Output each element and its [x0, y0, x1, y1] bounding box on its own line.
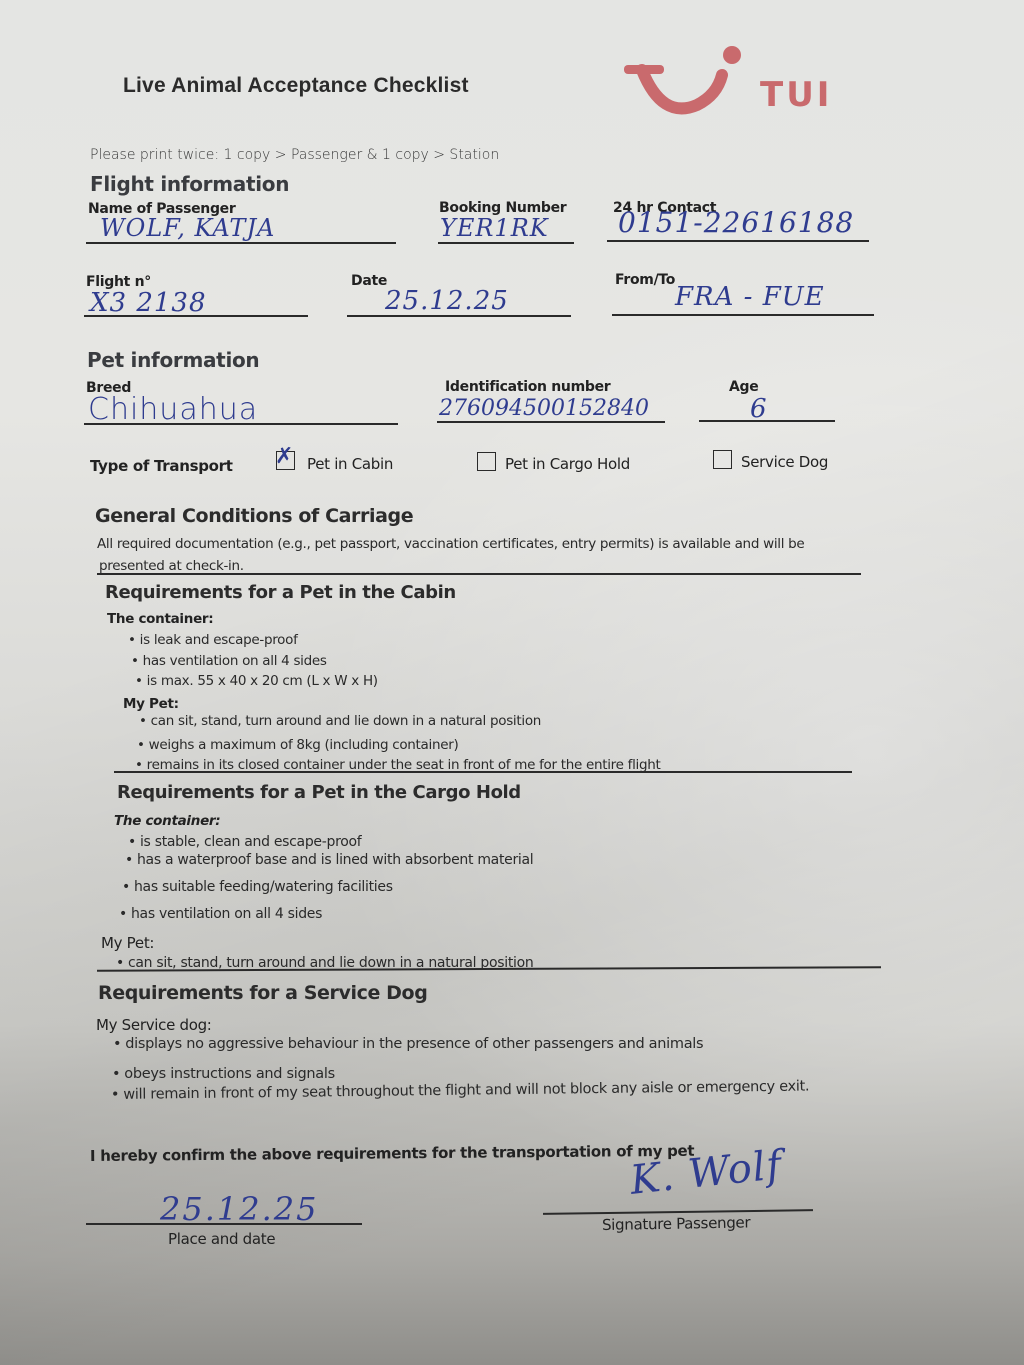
- cargo-container-item: is stable, clean and escape-proof: [128, 834, 361, 850]
- tui-logo: TUI: [622, 45, 862, 125]
- cabin-pet-item: can sit, stand, turn around and lie down…: [139, 713, 541, 729]
- pet-information-heading: Pet information: [87, 348, 259, 372]
- cabin-section-line: [114, 771, 852, 773]
- signature-label: Signature Passenger: [602, 1213, 751, 1234]
- cabin-requirements-heading: Requirements for a Pet in the Cabin: [105, 582, 456, 603]
- pet-in-cargo-checkbox[interactable]: [477, 452, 496, 471]
- cabin-container-item: is max. 55 x 40 x 20 cm (L x W x H): [135, 673, 378, 689]
- from-to-label: From/To: [615, 272, 675, 288]
- identification-number-value[interactable]: 276094500152840: [439, 396, 649, 421]
- age-line: [699, 420, 835, 422]
- flight-number-line: [84, 315, 308, 317]
- cargo-pet-label: My Pet:: [101, 934, 154, 952]
- flight-information-heading: Flight information: [90, 172, 289, 196]
- contact-line: [607, 240, 869, 242]
- service-dog-item: will remain in front of my seat througho…: [111, 1078, 809, 1103]
- identification-number-line: [437, 421, 665, 423]
- cabin-pet-label: My Pet:: [123, 696, 179, 712]
- service-dog-requirements-heading: Requirements for a Service Dog: [98, 982, 427, 1004]
- check-mark-icon: ✗: [275, 444, 293, 469]
- place-date-label: Place and date: [168, 1230, 275, 1248]
- cargo-requirements-heading: Requirements for a Pet in the Cargo Hold: [117, 782, 521, 803]
- service-dog-sub-label: My Service dog:: [96, 1016, 212, 1034]
- general-conditions-text-1: All required documentation (e.g., pet pa…: [97, 536, 804, 552]
- service-dog-item: obeys instructions and signals: [112, 1066, 335, 1082]
- pet-in-cabin-checkbox[interactable]: ✗: [276, 451, 295, 470]
- document-title: Live Animal Acceptance Checklist: [123, 74, 469, 98]
- from-to-line: [612, 314, 874, 316]
- breed-line: [84, 423, 398, 425]
- passenger-name-line: [86, 242, 396, 244]
- service-dog-label: Service Dog: [741, 453, 828, 471]
- date-value[interactable]: 25.12.25: [385, 286, 509, 316]
- date-line: [347, 315, 571, 317]
- transport-type-label: Type of Transport: [90, 457, 233, 475]
- general-conditions-heading: General Conditions of Carriage: [95, 505, 413, 527]
- cabin-container-label: The container:: [107, 611, 213, 627]
- confirmation-text: I hereby confirm the above requirements …: [90, 1142, 694, 1165]
- place-date-line: [86, 1223, 362, 1225]
- cabin-container-item: is leak and escape-proof: [128, 632, 298, 648]
- general-conditions-text-2: presented at check-in.: [99, 558, 244, 574]
- pet-in-cargo-label: Pet in Cargo Hold: [505, 455, 630, 473]
- from-to-value[interactable]: FRA - FUE: [675, 282, 825, 312]
- breed-value[interactable]: Chihuahua: [88, 392, 258, 427]
- passenger-name-value[interactable]: WOLF, KATJA: [100, 214, 275, 242]
- cargo-container-item: has suitable feeding/watering facilities: [122, 879, 393, 895]
- flight-number-value[interactable]: X3 2138: [90, 288, 206, 318]
- cargo-container-item: has a waterproof base and is lined with …: [125, 852, 533, 868]
- print-note: Please print twice: 1 copy > Passenger &…: [90, 147, 499, 163]
- age-label: Age: [729, 379, 758, 395]
- cargo-container-label: The container:: [114, 813, 220, 829]
- cabin-pet-item: weighs a maximum of 8kg (including conta…: [137, 737, 458, 753]
- booking-number-line: [438, 242, 574, 244]
- service-dog-checkbox[interactable]: [713, 450, 732, 469]
- cargo-container-item: has ventilation on all 4 sides: [119, 906, 322, 922]
- general-conditions-line: [97, 573, 861, 575]
- cabin-container-item: has ventilation on all 4 sides: [131, 653, 327, 669]
- booking-number-value[interactable]: YER1RK: [440, 214, 549, 242]
- service-dog-item: displays no aggressive behaviour in the …: [113, 1036, 703, 1052]
- tui-wordmark: TUI: [760, 75, 832, 115]
- date-label: Date: [351, 273, 387, 289]
- tui-smile-icon: [622, 45, 752, 120]
- pet-in-cabin-label: Pet in Cabin: [307, 455, 393, 473]
- identification-number-label: Identification number: [445, 379, 610, 395]
- contact-value[interactable]: 0151-22616188: [618, 206, 854, 239]
